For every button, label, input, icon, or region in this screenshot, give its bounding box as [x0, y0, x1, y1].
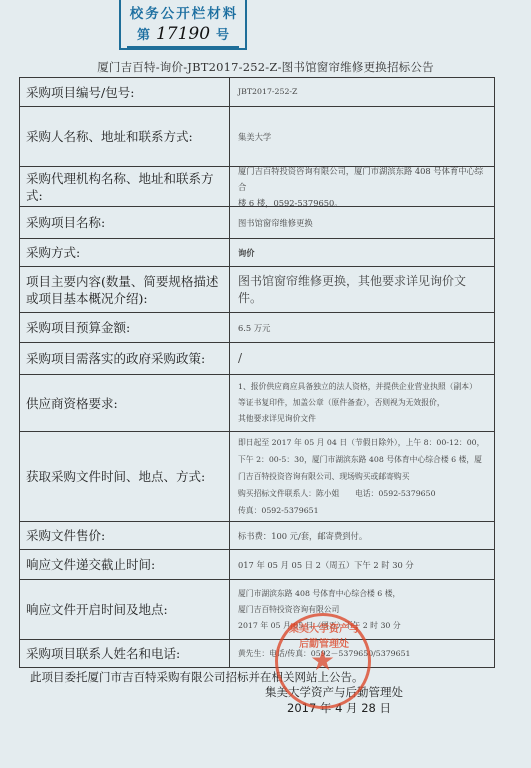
value-line: /: [238, 350, 486, 367]
row-value: 厦门市湖滨东路 408 号体育中心综合楼 6 楼， 厦门吉百特投资咨询有限公司 …: [230, 580, 494, 639]
row-value: 1、报价供应商应具备独立的法人资格，并提供企业营业执照（副本） 等证书复印件，加…: [230, 375, 494, 431]
signature-date: 2017 年 4 月 28 日: [287, 700, 391, 716]
value-line: 017 年 05 月 05 日 2（周五）下午 2 时 30 分: [238, 557, 486, 573]
row-label: 采购项目编号/包号:: [20, 78, 230, 106]
table-row: 项目主要内容(数量、简要规格描述或项目基本概况介绍): 图书馆窗帘维修更换，其他…: [20, 266, 494, 312]
table-row: 响应文件开启时间及地点: 厦门市湖滨东路 408 号体育中心综合楼 6 楼， 厦…: [20, 579, 494, 639]
value-line: 厦门市湖滨东路 408 号体育中心综合楼 6 楼，: [238, 586, 486, 602]
value-line: 询价: [238, 245, 486, 261]
table-row: 采购项目名称: 图书馆窗帘维修更换: [20, 206, 494, 238]
table-row: 采购人名称、地址和联系方式: 集美大学: [20, 106, 494, 166]
table-row: 采购文件售价: 标书费：100 元/套，邮寄费到付。: [20, 521, 494, 549]
row-value: 询价: [230, 239, 494, 266]
row-value: 6.5 万元: [230, 313, 494, 342]
table-row: 采购项目需落实的政府采购政策: /: [20, 342, 494, 374]
row-value: 厦门吉百特投资咨询有限公司，厦门市湖滨东路 408 号体育中心综合 楼 6 楼，…: [230, 167, 494, 206]
value-line: 下午 2：00-5：30，厦门市湖滨东路 408 号体育中心综合楼 6 楼，厦: [238, 451, 486, 468]
row-value: 集美大学: [230, 107, 494, 166]
row-label: 采购项目预算金额:: [20, 313, 230, 342]
value-line: 黄先生：电话/传真：0592－5379650/5379651: [238, 646, 486, 662]
receipt-stamp-number: 17190: [156, 24, 210, 44]
table-row: 采购代理机构名称、地址和联系方式: 厦门吉百特投资咨询有限公司，厦门市湖滨东路 …: [20, 166, 494, 206]
table-row: 采购方式: 询价: [20, 238, 494, 266]
document-title: 厦门吉百特-询价-JBT2017-252-Z-图书馆窗帘维修更换招标公告: [0, 59, 531, 75]
value-line: 门吉百特投资咨询有限公司、现场购买或邮寄购买: [238, 468, 486, 485]
value-line: 等证书复印件，加盖公章（原件备查），否则视为无效报价，: [238, 395, 486, 411]
value-line: 1、报价供应商应具备独立的法人资格，并提供企业营业执照（副本）: [238, 379, 486, 395]
value-line: 即日起至 2017 年 05 月 04 日（节假日除外），上午 8：00-12：…: [238, 434, 486, 451]
announcement-table: 采购项目编号/包号: JBT2017-252-Z 采购人名称、地址和联系方式: …: [19, 77, 495, 668]
row-label: 获取采购文件时间、地点、方式:: [20, 432, 230, 521]
signature-organization: 集美大学资产与后勤管理处: [265, 684, 403, 700]
row-label: 项目主要内容(数量、简要规格描述或项目基本概况介绍):: [20, 267, 230, 312]
receipt-stamp-underline: [127, 46, 239, 48]
value-line: 标书费：100 元/套，邮寄费到付。: [238, 528, 486, 544]
value-line: JBT2017-252-Z: [238, 84, 486, 100]
value-line: 图书馆窗帘维修更换: [238, 215, 486, 231]
value-line: 2017 年 05 月 05 日（周五）下午 2 时 30 分: [238, 618, 486, 634]
value-line: 购买招标文件联系人：陈小姐 电话：0592-5379650: [238, 485, 486, 502]
receipt-stamp-number-line: 第17190号: [121, 24, 245, 44]
row-label: 采购文件售价:: [20, 522, 230, 549]
table-row: 采购项目预算金额: 6.5 万元: [20, 312, 494, 342]
value-line: 厦门吉百特投资咨询有限公司: [238, 602, 486, 618]
table-row: 采购项目联系人姓名和电话: 黄先生：电话/传真：0592－5379650/537…: [20, 639, 494, 667]
receipt-stamp-suffix: 号: [216, 28, 229, 43]
row-value: JBT2017-252-Z: [230, 78, 494, 106]
value-line: 集美大学: [238, 129, 486, 145]
value-line: 传真：0592-5379651: [238, 502, 486, 519]
row-label: 采购代理机构名称、地址和联系方式:: [20, 167, 230, 206]
value-line: 6.5 万元: [238, 320, 486, 336]
table-row: 供应商资格要求: 1、报价供应商应具备独立的法人资格，并提供企业营业执照（副本）…: [20, 374, 494, 431]
row-label: 采购项目名称:: [20, 207, 230, 238]
row-label: 供应商资格要求:: [20, 375, 230, 431]
receipt-stamp-prefix: 第: [137, 28, 150, 43]
row-value: 017 年 05 月 05 日 2（周五）下午 2 时 30 分: [230, 550, 494, 579]
value-line: 图书馆窗帘维修更换，其他要求详见询价文件。: [238, 273, 486, 307]
value-line: 厦门吉百特投资咨询有限公司，厦门市湖滨东路 408 号体育中心综合: [238, 163, 486, 195]
table-row: 响应文件递交截止时间: 017 年 05 月 05 日 2（周五）下午 2 时 …: [20, 549, 494, 579]
row-label: 采购项目需落实的政府采购政策:: [20, 343, 230, 374]
row-label: 响应文件递交截止时间:: [20, 550, 230, 579]
row-value: 标书费：100 元/套，邮寄费到付。: [230, 522, 494, 549]
row-label: 响应文件开启时间及地点:: [20, 580, 230, 639]
row-label: 采购方式:: [20, 239, 230, 266]
row-value: 图书馆窗帘维修更换，其他要求详见询价文件。: [230, 267, 494, 312]
receipt-stamp: 校务公开栏材料 第17190号: [119, 0, 247, 50]
row-value: 图书馆窗帘维修更换: [230, 207, 494, 238]
row-value: 黄先生：电话/传真：0592－5379650/5379651: [230, 640, 494, 667]
receipt-stamp-heading: 校务公开栏材料: [125, 2, 243, 22]
table-row: 获取采购文件时间、地点、方式: 即日起至 2017 年 05 月 04 日（节假…: [20, 431, 494, 521]
row-value: 即日起至 2017 年 05 月 04 日（节假日除外），上午 8：00-12：…: [230, 432, 494, 521]
row-label: 采购人名称、地址和联系方式:: [20, 107, 230, 166]
row-value: /: [230, 343, 494, 374]
footnote: 此项目委托厦门市吉百特采购有限公司招标并在相关网站上公告。: [30, 669, 364, 685]
row-label: 采购项目联系人姓名和电话:: [20, 640, 230, 667]
value-line: 其他要求详见询价文件: [238, 411, 486, 427]
table-row: 采购项目编号/包号: JBT2017-252-Z: [20, 78, 494, 106]
